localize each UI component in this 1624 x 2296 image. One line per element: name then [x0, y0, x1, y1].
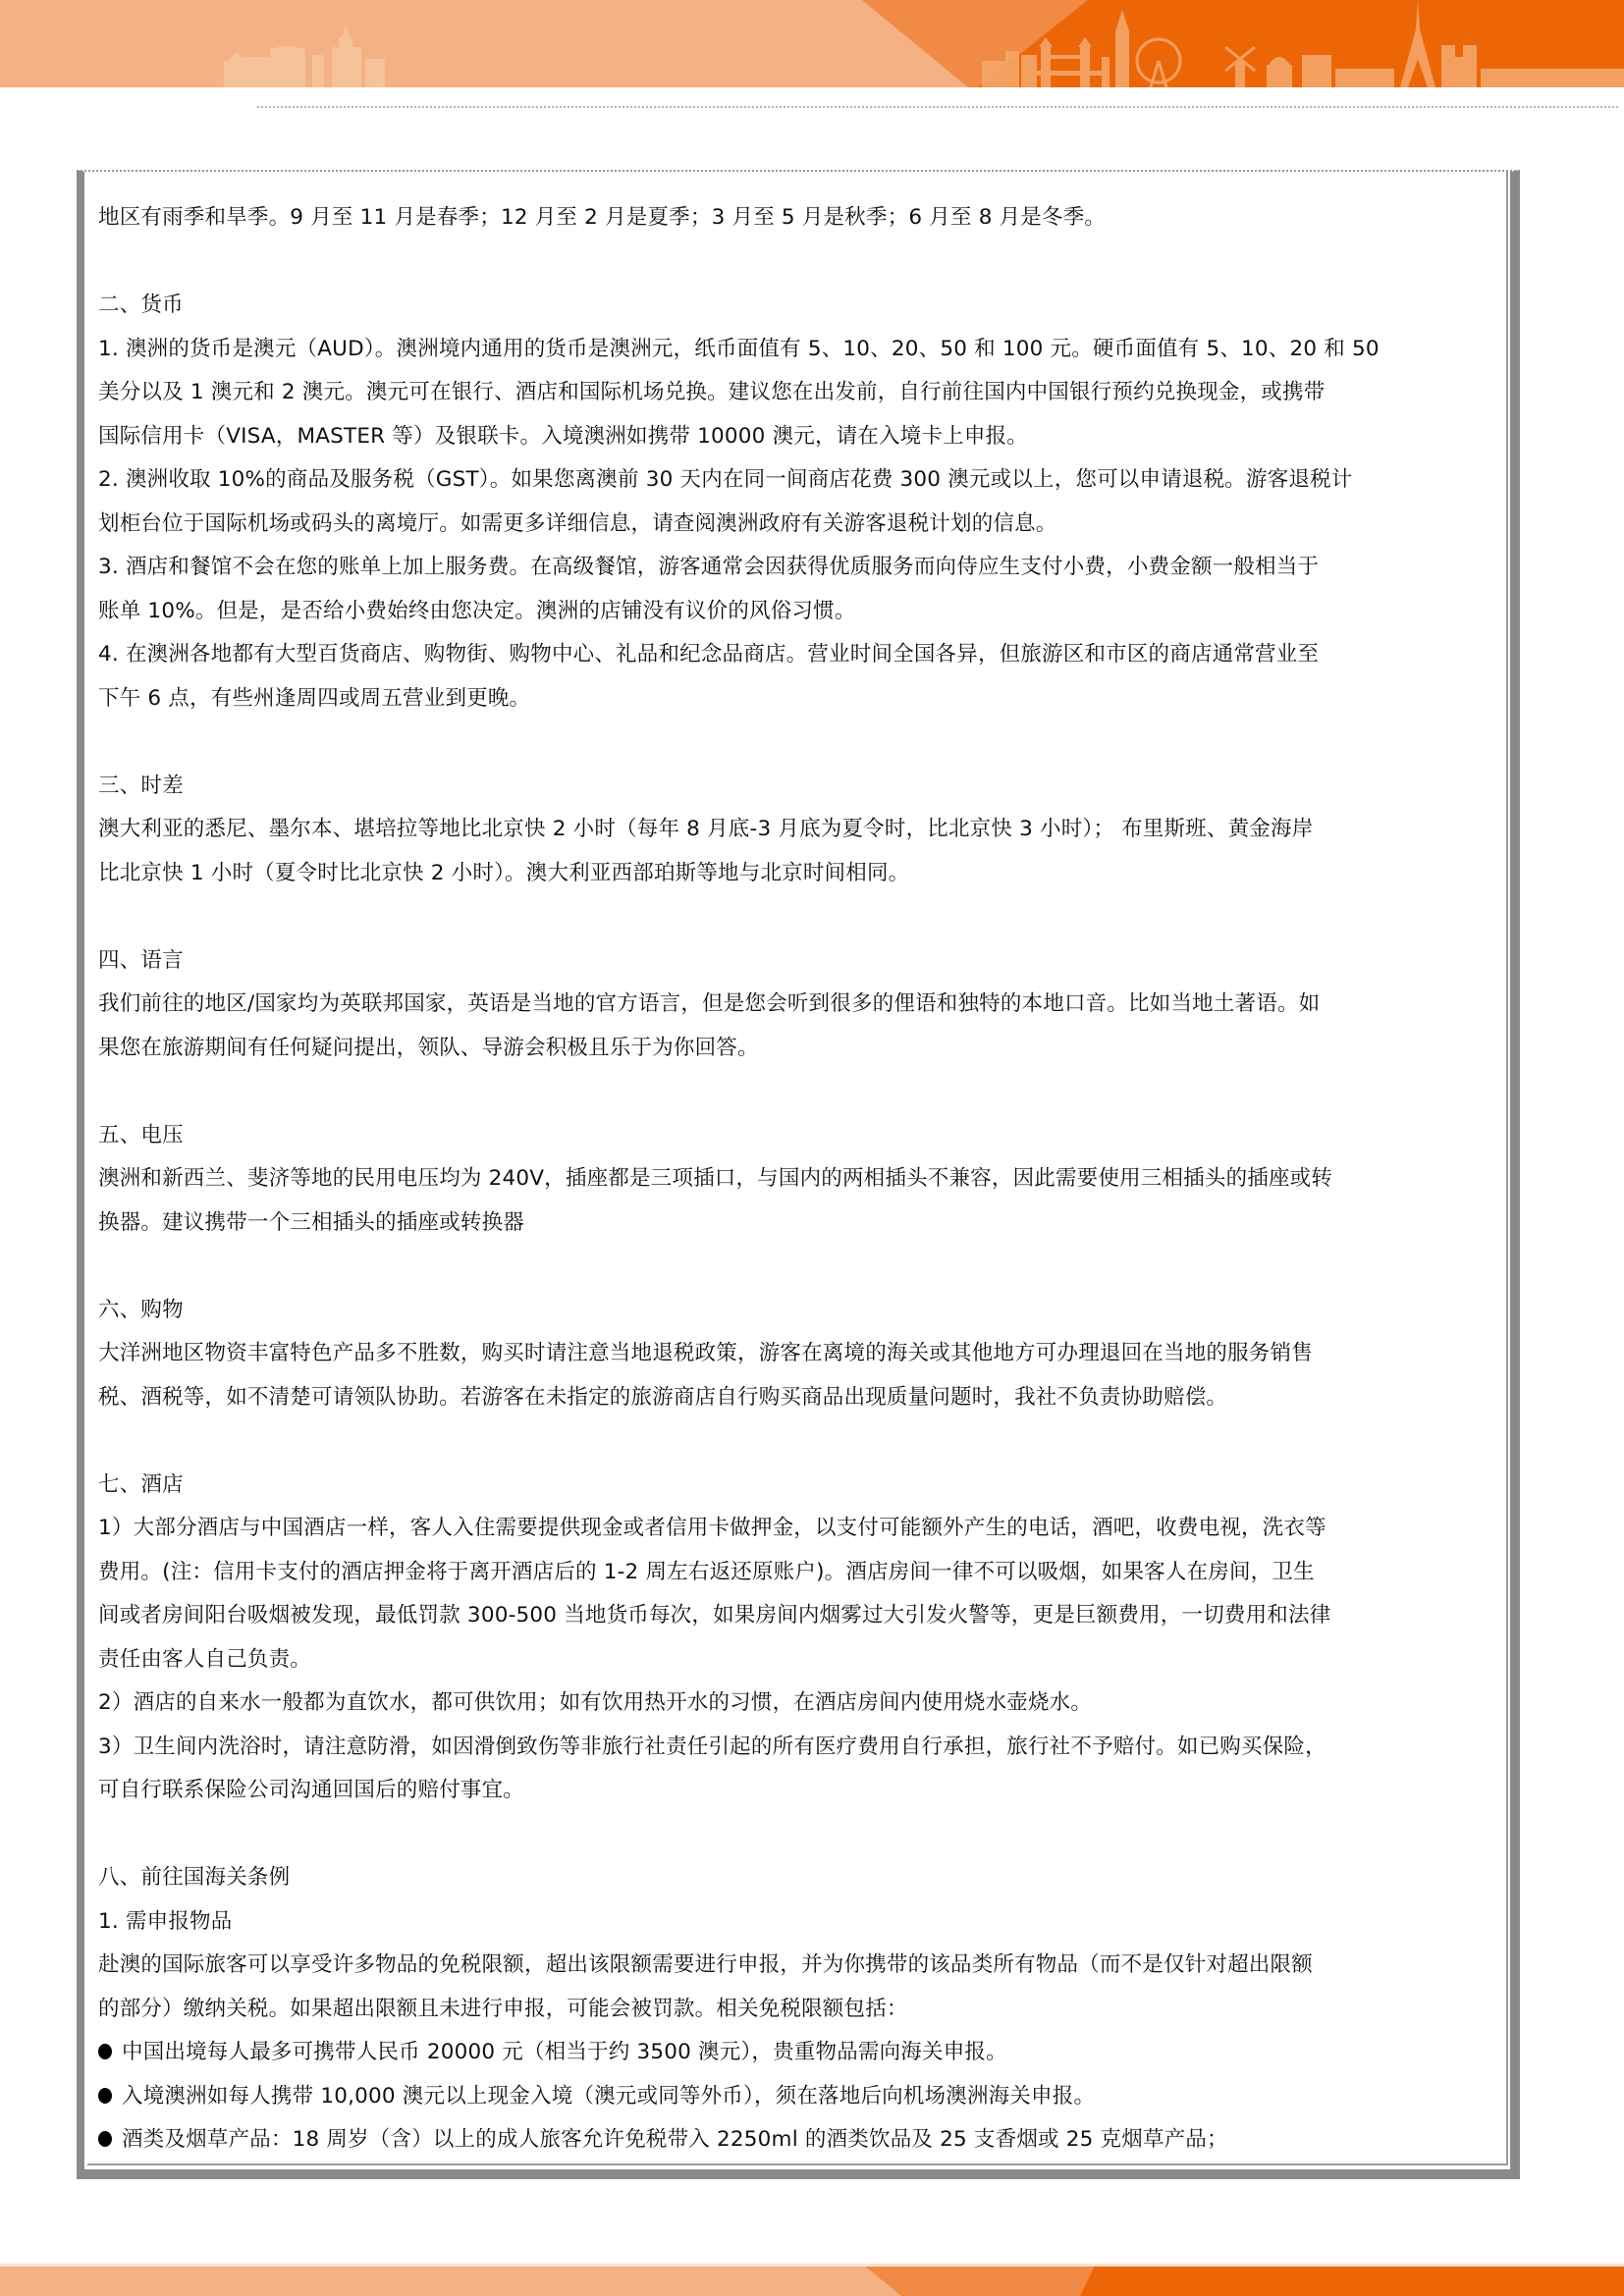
paragraph-line: 4. 在澳洲各地都有大型百货商店、购物街、购物中心、礼品和纪念品商店。营业时间全…	[98, 633, 1500, 677]
footer-banner	[0, 2264, 1624, 2296]
bullet-item: 入境澳洲如每人携带 10,000 澳元以上现金入境（澳元或同等外币），须在落地后…	[98, 2075, 1500, 2119]
paragraph-line: 费用。(注：信用卡支付的酒店押金将于离开酒店后的 1-2 周左右返还原账户)。酒…	[98, 1551, 1500, 1595]
paragraph-line: 1）大部分酒店与中国酒店一样，客人入住需要提供现金或者信用卡做押金，以支付可能额…	[98, 1507, 1500, 1551]
footer-highlight-line	[0, 2264, 1624, 2267]
section-title-hotel: 七、酒店	[98, 1464, 1500, 1508]
paragraph-line: 澳洲和新西兰、斐济等地的民用电压均为 240V，插座都是三项插口，与国内的两相插…	[98, 1157, 1500, 1201]
intro-line: 地区有雨季和旱季。9 月至 11 月是春季；12 月至 2 月是夏季；3 月至 …	[98, 196, 1500, 240]
paragraph-line: 责任由客人自己负责。	[98, 1638, 1500, 1682]
paragraph-line: 澳大利亚的悉尼、墨尔本、堪培拉等地比北京快 2 小时（每年 8 月底-3 月底为…	[98, 808, 1500, 852]
section-title-voltage: 五、电压	[98, 1114, 1500, 1158]
bullet-text: 酒类及烟草产品：18 周岁（含）以上的成人旅客允许免税带入 2250ml 的酒类…	[122, 2127, 1228, 2152]
section-title-shopping: 六、购物	[98, 1289, 1500, 1333]
paragraph-line: 2）酒店的自来水一般都为直饮水，都可供饮用；如有饮用热开水的习惯，在酒店房间内使…	[98, 1682, 1500, 1726]
bullet-icon	[98, 2044, 112, 2059]
section-title-time-difference: 三、时差	[98, 765, 1500, 809]
paragraph-line: 美分以及 1 澳元和 2 澳元。澳元可在银行、酒店和国际机场兑换。建议您在出发前…	[98, 371, 1500, 415]
bullet-text: 入境澳洲如每人携带 10,000 澳元以上现金入境（澳元或同等外币），须在落地后…	[122, 2084, 1095, 2109]
paragraph-line: 赴澳的国际旅客可以享受许多物品的免税限额，超出该限额需要进行申报，并为你携带的该…	[98, 1944, 1500, 1988]
paragraph-line: 账单 10%。但是，是否给小费始终由您决定。澳洲的店铺没有议价的风俗习惯。	[98, 590, 1500, 634]
paragraph-line: 税、酒税等，如不清楚可请领队协助。若游客在未指定的旅游商店自行购买商品出现质量问…	[98, 1376, 1500, 1420]
subsection-title-declare-items: 1. 需申报物品	[98, 1900, 1500, 1945]
bullet-item: 酒类及烟草产品：18 周岁（含）以上的成人旅客允许免税带入 2250ml 的酒类…	[98, 2118, 1500, 2163]
bullet-icon	[98, 2131, 112, 2147]
paragraph-line: 比北京快 1 小时（夏令时比北京快 2 小时）。澳大利亚西部珀斯等地与北京时间相…	[98, 852, 1500, 896]
paragraph-line: 换器。建议携带一个三相插头的插座或转换器	[98, 1201, 1500, 1246]
paragraph-line: 1. 澳洲的货币是澳元（AUD）。澳洲境内通用的货币是澳洲元，纸币面值有 5、1…	[98, 328, 1500, 372]
footer-dark-triangle	[0, 2264, 1624, 2296]
paragraph-line: 国际信用卡（VISA，MASTER 等）及银联卡。入境澳洲如携带 10000 澳…	[98, 415, 1500, 459]
paragraph-line: 下午 6 点，有些州逢周四或周五营业到更晚。	[98, 677, 1500, 721]
header-banner	[0, 0, 1624, 87]
document-body: 地区有雨季和旱季。9 月至 11 月是春季；12 月至 2 月是夏季；3 月至 …	[98, 196, 1500, 2163]
section-title-customs: 八、前往国海关条例	[98, 1856, 1500, 1900]
bullet-text: 中国出境每人最多可携带人民币 20000 元（相当于约 3500 澳元），贵重物…	[122, 2040, 1007, 2064]
city-skyline-icon	[0, 0, 1624, 87]
bullet-icon	[98, 2088, 112, 2104]
paragraph-line: 大洋洲地区物资丰富特色产品多不胜数，购买时请注意当地退税政策，游客在离境的海关或…	[98, 1332, 1500, 1376]
paragraph-line: 我们前往的地区/国家均为英联邦国家，英语是当地的官方语言，但是您会听到很多的俚语…	[98, 983, 1500, 1027]
bullet-item: 中国出境每人最多可携带人民币 20000 元（相当于约 3500 澳元），贵重物…	[98, 2031, 1500, 2075]
paragraph-line: 可自行联系保险公司沟通回国后的赔付事宜。	[98, 1769, 1500, 1813]
paragraph-line: 划柜台位于国际机场或码头的离境厅。如需更多详细信息，请查阅澳洲政府有关游客退税计…	[98, 503, 1500, 547]
paragraph-line: 果您在旅游期间有任何疑问提出，领队、导游会积极且乐于为你回答。	[98, 1027, 1500, 1071]
header-divider	[257, 106, 1618, 108]
paragraph-line: 的部分）缴纳关税。如果超出限额且未进行申报，可能会被罚款。相关免税限额包括：	[98, 1988, 1500, 2032]
paragraph-line: 2. 澳洲收取 10%的商品及服务税（GST）。如果您离澳前 30 天内在同一间…	[98, 458, 1500, 503]
paragraph-line: 3）卫生间内洗浴时，请注意防滑，如因滑倒致伤等非旅行社责任引起的所有医疗费用自行…	[98, 1726, 1500, 1770]
section-title-language: 四、语言	[98, 939, 1500, 984]
paragraph-line: 3. 酒店和餐馆不会在您的账单上加上服务费。在高级餐馆，游客通常会因获得优质服务…	[98, 546, 1500, 590]
paragraph-line: 间或者房间阳台吸烟被发现，最低罚款 300-500 当地货币每次，如果房间内烟雾…	[98, 1594, 1500, 1638]
section-title-currency: 二、货币	[98, 284, 1500, 328]
